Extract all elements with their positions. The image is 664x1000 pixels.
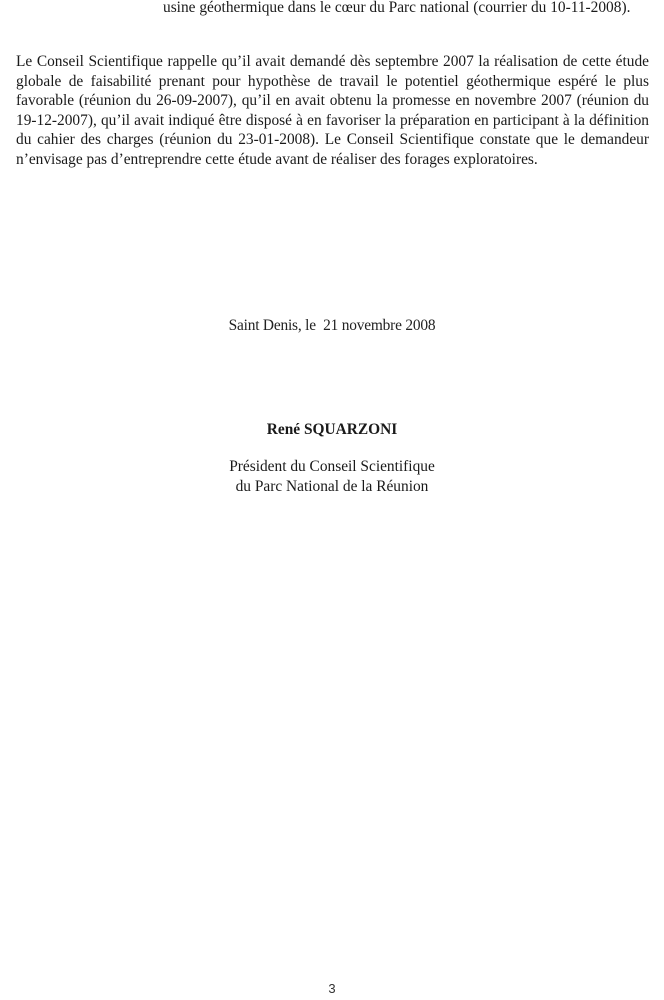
page-number: 3 xyxy=(0,981,664,996)
signer-name: René SQUARZONI xyxy=(0,421,664,439)
continuation-paragraph: usine géothermique dans le cœur du Parc … xyxy=(163,0,649,18)
signer-title-line-2: du Parc National de la Réunion xyxy=(0,477,664,497)
signer-title-line-1: Président du Conseil Scientifique xyxy=(0,457,664,477)
signer-title-block: Président du Conseil Scientifique du Par… xyxy=(0,457,664,496)
document-page: usine géothermique dans le cœur du Parc … xyxy=(0,0,664,1000)
main-paragraph: Le Conseil Scientifique rappelle qu’il a… xyxy=(16,52,649,170)
place-and-date: Saint Denis, le 21 novembre 2008 xyxy=(0,317,664,335)
